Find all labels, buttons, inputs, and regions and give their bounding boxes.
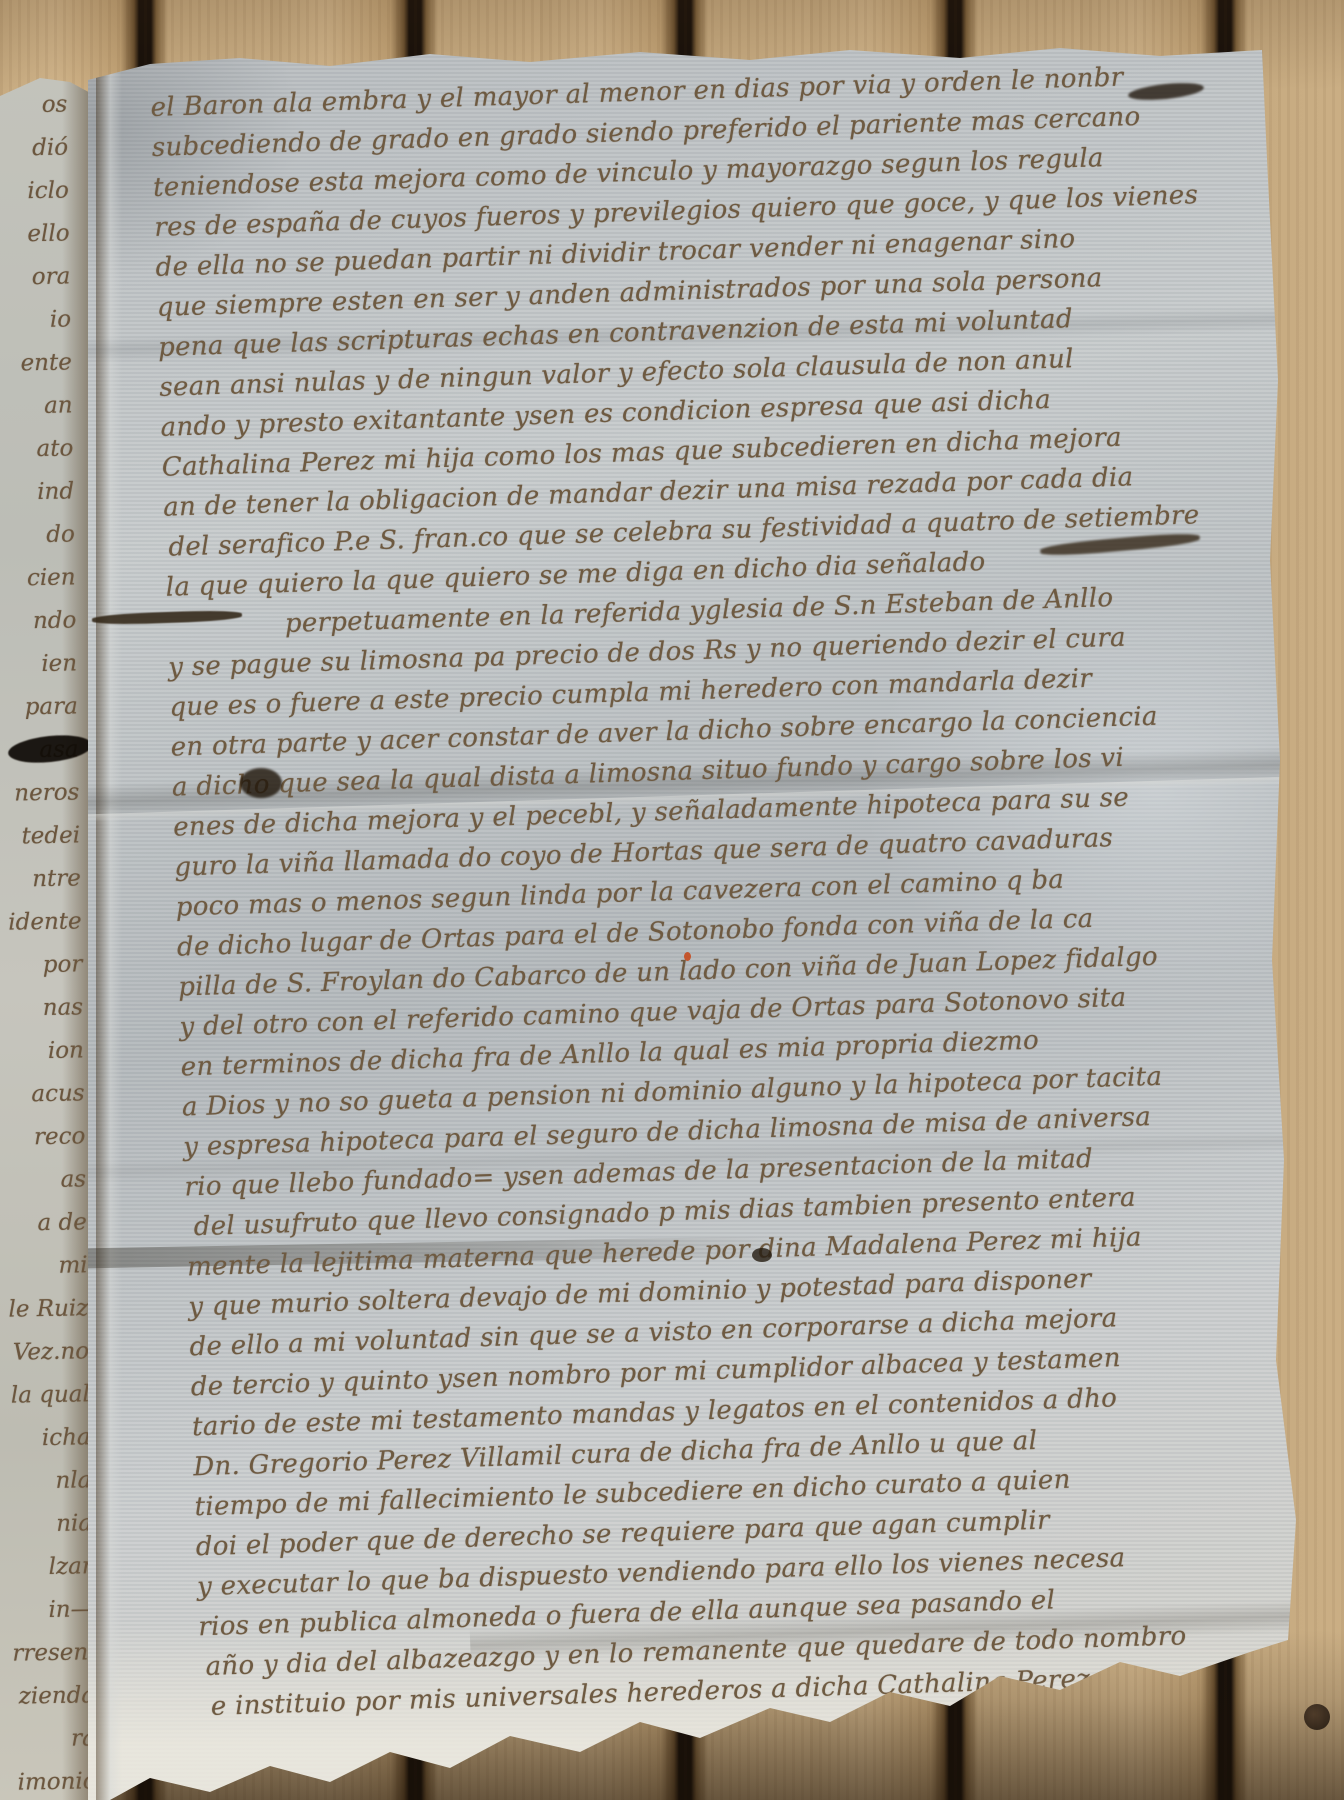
red-speck [684,952,691,961]
left-page-fragment: Vez.no [7,1330,96,1375]
left-page-fragment: nia [10,1502,99,1547]
manuscript-text: el Baron ala embra y el mayor al menor e… [150,52,1344,1727]
left-page-fragment: an [0,384,79,429]
left-page-fragment: do [0,513,81,558]
left-page-fragment: neros [0,771,86,816]
left-page-fragment: por [0,943,89,988]
left-page-fragment: io [0,298,77,343]
left-page-fragment: la qual [8,1373,97,1418]
left-page-fragment: in— [11,1588,100,1633]
ink-spot [752,1248,772,1262]
left-page-fragment: reco [3,1115,92,1160]
left-page-fragment: rresentan [12,1631,101,1676]
left-page-fragment: dió [0,126,74,171]
left-page-fragment: ind [0,470,80,515]
left-page-fragment: ato [0,427,80,472]
left-page-fragment: ien [0,642,83,687]
left-page-fragment: nas [1,986,90,1031]
photograph-of-manuscript: osdióicloellooraioenteanatoinddocienndoi… [0,0,1344,1800]
left-page-fragment: ndo [0,599,83,644]
left-page-fragment: para [0,685,84,730]
left-page-fragment: cien [0,556,82,601]
left-page-fragment: icha [8,1416,97,1461]
wood-knot [1304,1704,1330,1730]
left-page-fragment: acus [2,1072,91,1117]
ink-blot-line18 [240,768,282,798]
left-page-fragment: a de [5,1201,94,1246]
left-page-fragment: idente [0,900,88,945]
left-page-fragment: lzar [11,1545,100,1590]
left-page-fragment: ora [0,255,77,300]
left-page-fragment: ello [0,212,76,257]
left-page-fragment: mi [5,1244,94,1289]
left-page-fragment: iclo [0,169,75,214]
page-fold-line [96,60,122,1800]
left-page-fragment: ntre [0,857,87,902]
left-page-fragment: nla [9,1459,98,1504]
left-page-fragment: as [4,1158,93,1203]
left-page-fragment: tedei [0,814,86,859]
manuscript-page: el Baron ala embra y el mayor al menor e… [0,0,1344,1800]
left-page-fragment: le Ruiz [6,1287,95,1332]
left-page-fragment: ion [2,1029,91,1074]
left-page-fragment: ente [0,341,78,386]
